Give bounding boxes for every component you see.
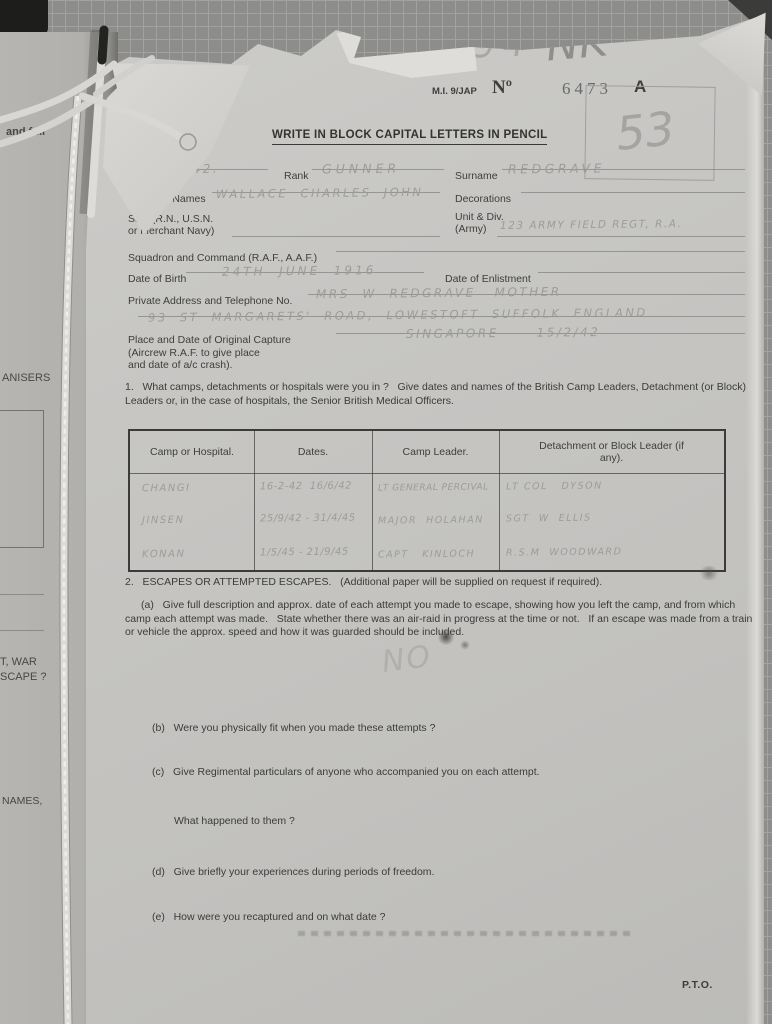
field-line xyxy=(538,257,745,273)
field-value-surname: REDGRAVE xyxy=(508,160,605,176)
table-cell-camp: JINSEN xyxy=(142,515,185,526)
question-2d: (d) Give briefly your experiences during… xyxy=(152,866,712,880)
margin-line xyxy=(0,594,44,595)
table-cell-leader: CAPT KINLOCH xyxy=(378,548,475,560)
table-cell-dates: 25/9/42 - 31/4/45 xyxy=(260,512,356,524)
table-header-leader: Camp Leader. xyxy=(372,431,499,473)
field-value-capture: SINGAPORE 15/2/42 xyxy=(406,325,601,341)
ink-bleedthrough xyxy=(298,931,633,936)
field-value-rank: GUNNER xyxy=(322,161,400,177)
margin-box-outline xyxy=(0,410,44,548)
pencil-smudge xyxy=(460,640,470,650)
question-2c-followup: What happened to them ? xyxy=(174,815,574,829)
pencil-smudge xyxy=(438,628,454,646)
field-label-date-of-birth: Date of Birth xyxy=(128,273,186,285)
table-cell-detachment: LT COL DYSON xyxy=(506,480,603,492)
table-header-dates: Dates. xyxy=(254,431,372,473)
table-header-camp: Camp or Hospital. xyxy=(130,431,254,473)
table-cell-camp: KONAN xyxy=(142,549,186,560)
table-cell-camp: CHANGI xyxy=(142,483,191,495)
field-label-capture-sub1: (Aircrew R.A.F. to give place xyxy=(128,347,260,359)
margin-fragment: ANISERS xyxy=(2,372,50,384)
table-cell-detachment: SGT W ELLIS xyxy=(506,513,592,525)
field-value-christian-names: WALLACE CHARLES JOHN xyxy=(216,185,424,201)
binder-clip-shadow xyxy=(0,0,48,36)
field-label-capture-sub2: and date of a/c crash). xyxy=(128,359,232,371)
question-2e: (e) How were you recaptured and on what … xyxy=(152,911,712,925)
form-instruction-heading: WRITE IN BLOCK CAPITAL LETTERS IN PENCIL xyxy=(272,129,547,145)
margin-line xyxy=(0,630,44,631)
field-value-address: MRS W REDGRAVE MOTHER xyxy=(316,285,562,302)
form-reference: M.I. 9/JAP xyxy=(432,86,477,97)
table-cell-leader: MAJOR HOLAHAN xyxy=(378,514,484,526)
field-line xyxy=(232,221,440,237)
question-2-heading: 2. ESCAPES OR ATTEMPTED ESCAPES. (Additi… xyxy=(125,576,757,590)
form-page: 18994 NK CONFIDENTIAL M.I. 9/JAP Nº 6473… xyxy=(0,0,772,1024)
field-label-unit-div-2: (Army) xyxy=(455,223,487,235)
table-cell-detachment: R.S.M WOODWARD xyxy=(506,546,623,558)
camps-table: Camp or Hospital. Dates. Camp Leader. De… xyxy=(128,429,726,572)
margin-fragment: SCAPE ? xyxy=(0,671,46,683)
table-cell-dates: 1/5/45 - 21/9/45 xyxy=(260,547,349,559)
margin-fragment: and full xyxy=(6,126,45,138)
question-2c: (c) Give Regimental particulars of anyon… xyxy=(152,766,712,780)
question-2a-answer: NO xyxy=(380,639,434,680)
margin-fragment: T, WAR xyxy=(0,656,37,668)
table-header-detachment: Detachment or Block Leader (if any). xyxy=(499,431,724,473)
scanned-document: and full ANISERS T, WAR SCAPE ? NAMES, 1… xyxy=(0,0,772,1024)
pencil-smudge xyxy=(698,566,720,580)
table-cell-leader: LT GENERAL PERCIVAL xyxy=(378,482,489,493)
number-sign: Nº xyxy=(492,77,512,99)
question-1: 1. What camps, detachments or hospitals … xyxy=(125,381,749,408)
pencil-box-number: 53 xyxy=(613,101,677,161)
page-turn-over: P.T.O. xyxy=(682,979,713,991)
field-label-decorations: Decorations xyxy=(455,193,511,205)
question-2b: (b) Were you physically fit when you mad… xyxy=(152,722,712,736)
field-line xyxy=(521,177,745,193)
page-edge-highlight xyxy=(746,20,766,1024)
field-label-surname: Surname xyxy=(455,170,498,182)
table-cell-dates: 16-2-42 16/6/42 xyxy=(260,481,352,493)
field-value-date-of-birth: 24TH JUNE 1916 xyxy=(222,263,376,279)
field-label-capture: Place and Date of Original Capture xyxy=(128,334,291,346)
field-value-unit-div: 123 ARMY FIELD REGT, R.A. xyxy=(500,218,683,232)
margin-fragment: NAMES, xyxy=(2,795,42,807)
table-header-divider xyxy=(130,473,724,474)
field-line xyxy=(336,236,745,252)
